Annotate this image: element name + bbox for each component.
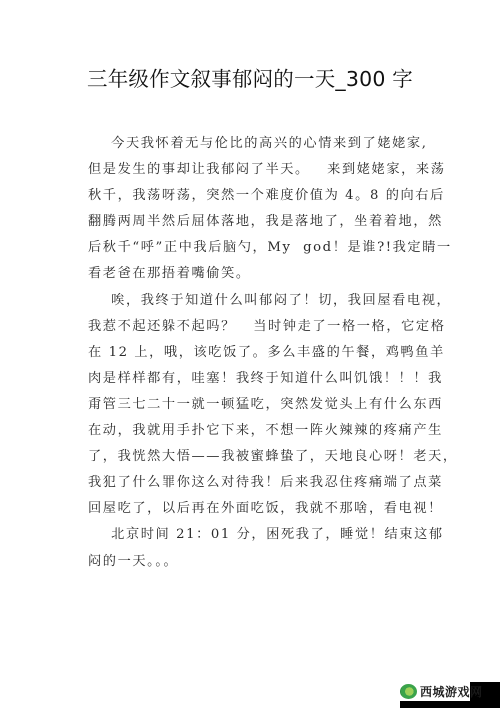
text-line: 闷的一天。。。 [88,549,418,575]
watermark-logo: 西城游戏网 [400,679,500,703]
document-body: 今天我怀着无与伦比的高兴的心情来到了姥姥家, 但是发生的事却让我郁闷了半天。 来… [88,131,418,575]
leaf-logo-icon [400,684,417,699]
text-line: 了，我恍然大悟——我被蜜蜂蛰了，天地良心呀！老天， [88,444,418,470]
text-line: 秋千，我荡呀荡，突然一个难度价值为 4。8 的向右后 [88,183,418,209]
document-title: 三年级作文叙事郁闷的一天_300 字 [0,62,500,92]
text-line: 在 12 上，哦，该吃饭了。多么丰盛的午餐，鸡鸭鱼羊 [88,340,418,366]
text-line: 我惹不起还躲不起吗？ 当时钟走了一格一格，它定格 [88,314,418,340]
text-line: 回屋吃了，以后再在外面吃饭，我就不那啥，看电视！ [88,496,418,522]
text-line: 后秋千“呼”正中我后脑勺，My god！是谁?!我定睛一 [88,235,418,261]
text-line: 甭管三七二十一就一顿猛吃，突然发觉头上有什么东西 [88,392,418,418]
watermark-site-name: 西城游戏网 [420,683,483,700]
text-line: 看老爸在那捂着嘴偷笑。 [88,261,418,287]
text-line: 北京时间 21：01 分，困死我了，睡觉！结束这郁 [88,522,418,548]
text-line: 今天我怀着无与伦比的高兴的心情来到了姥姥家, [88,131,418,157]
text-line: 唉，我终于知道什么叫郁闷了！切，我回屋看电视， [88,288,418,314]
text-line: 我犯了什么罪你这么对待我！后来我忍住疼痛端了点菜 [88,470,418,496]
text-line: 但是发生的事却让我郁闷了半天。 来到姥姥家，来荡 [88,157,418,183]
text-line: 翻腾两周半然后屈体落地，我是落地了，坐着着地，然 [88,209,418,235]
text-line: 肉是样样都有，哇塞！我终于知道什么叫饥饿！！！我 [88,366,418,392]
text-line: 在动，我就用手扑它下来，不想一阵火辣辣的疼痛产生 [88,418,418,444]
